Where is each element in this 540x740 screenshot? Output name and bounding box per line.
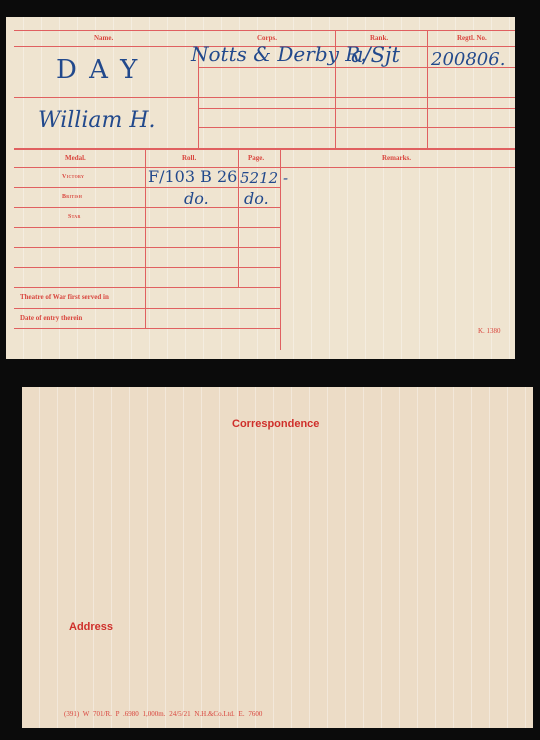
printer-imprint: (391) W 701/R. P .6980 1,000m. 24/5/21 N… — [64, 710, 262, 718]
medal-victory-label: Victory — [62, 174, 84, 180]
roll-british-entry: do. — [184, 189, 209, 208]
rank-header: Rank. — [370, 34, 388, 42]
rule — [427, 30, 428, 148]
rule — [198, 127, 515, 128]
page-british-entry: do. — [244, 189, 269, 208]
theatre-label: Theatre of War first served in — [20, 293, 109, 301]
date-entry-label: Date of entry therein — [20, 314, 82, 322]
corps-header: Corps. — [257, 34, 277, 42]
regtl-no-header: Regtl. No. — [457, 34, 487, 42]
rule — [14, 30, 515, 31]
roll-header: Roll. — [182, 154, 196, 162]
medal-card-back: Correspondence Address (391) W 701/R. P … — [22, 387, 533, 728]
medal-british-label: British — [62, 194, 82, 200]
rule — [145, 148, 146, 328]
name-header: Name. — [94, 34, 113, 42]
form-code: K. 1380 — [478, 327, 501, 335]
rule — [14, 247, 280, 248]
remarks-header: Remarks. — [382, 154, 411, 162]
address-label: Address — [69, 621, 113, 633]
rule — [14, 227, 280, 228]
correspondence-label: Correspondence — [232, 418, 319, 430]
rule — [14, 308, 280, 309]
rule — [14, 148, 515, 150]
rule — [14, 167, 515, 168]
page-victory-entry: 5212 - — [240, 169, 288, 187]
rule — [14, 207, 280, 208]
roll-victory-entry: F/103 B 26 — [148, 167, 237, 186]
corps-entry: Notts & Derby R. — [191, 42, 367, 66]
forenames-entry: William H. — [38, 108, 156, 133]
rule — [14, 187, 280, 188]
rule — [198, 108, 515, 109]
medal-card-front: Name. Corps. Rank. Regtl. No. Medal. Rol… — [6, 17, 515, 359]
surname-entry: D A Y — [56, 55, 139, 85]
rule — [14, 267, 280, 268]
rule — [14, 287, 280, 288]
medal-header: Medal. — [65, 154, 86, 162]
rule — [14, 97, 515, 98]
medal-star-label: Star — [68, 214, 81, 220]
page-header: Page. — [248, 154, 264, 162]
rule — [14, 328, 280, 329]
rank-entry: a/Sjt — [351, 43, 400, 67]
rule — [238, 148, 239, 288]
regtl-no-entry: 200806. — [431, 49, 505, 70]
